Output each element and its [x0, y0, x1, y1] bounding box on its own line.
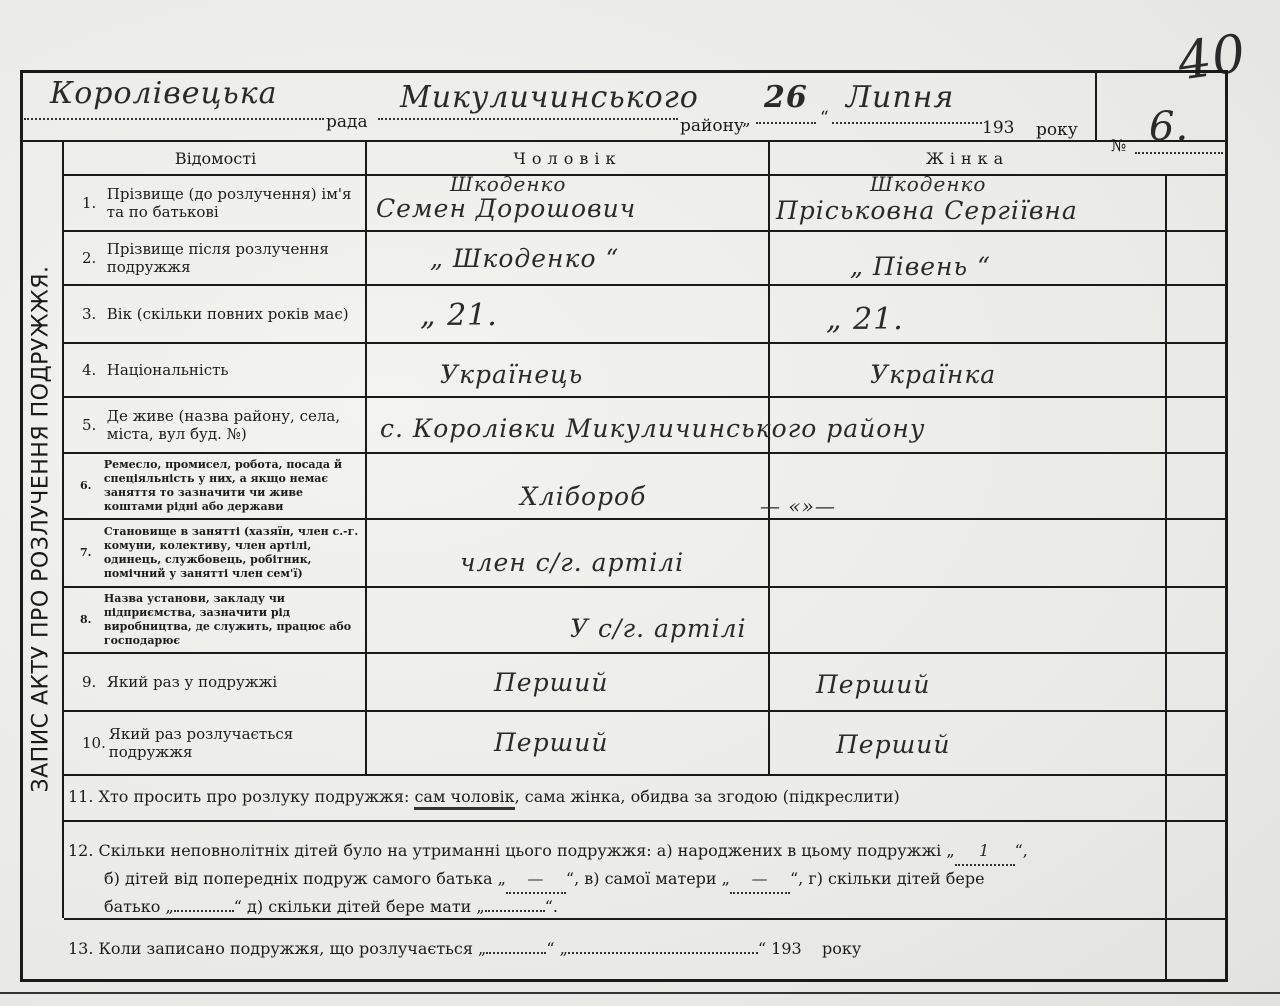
- row-6-label: 6. Ремесло, промисел, робота, посада й с…: [64, 454, 366, 518]
- page-edge-line: [0, 992, 1280, 994]
- husband-surname-after: „ Шкоденко “: [430, 244, 619, 273]
- row-7-label: 7. Становище в занятті (хазяїн, член с.-…: [64, 520, 366, 586]
- husband-divorce-count: Перший: [494, 728, 608, 757]
- selected-option: сам чоловік: [414, 787, 514, 810]
- form-header: Королівецька рада Микуличинського району…: [20, 70, 1095, 142]
- record-month-blank: [568, 952, 758, 954]
- row-3-label: 3. Вік (скільки повних років має): [64, 286, 366, 342]
- row-2-label: 2. Прізвище після розлучення подружжя: [64, 232, 366, 284]
- wife-age: „ 21.: [826, 302, 904, 337]
- document-page: 40 Королівецька рада Микуличинського рай…: [0, 0, 1280, 1006]
- wife-nationality: Українка: [870, 360, 996, 389]
- husband-occupation: Хлібороб: [520, 482, 646, 511]
- district-label: району: [680, 116, 744, 136]
- column-header-wife: Жінка: [770, 144, 1165, 174]
- children-father-previous: —: [506, 866, 566, 894]
- year-prefix: 193: [982, 118, 1014, 138]
- row-4-label: 4. Національність: [64, 344, 366, 396]
- row-1-label: 1. Прізвище (до розлучення) ім'я та по б…: [64, 176, 366, 230]
- row-11: 11. Хто просить про розлуку подружжя: са…: [64, 784, 1164, 810]
- day-blank: [756, 122, 816, 124]
- record-number-box: № 6.: [1095, 70, 1228, 142]
- column-header-husband: Чоловік: [367, 144, 768, 174]
- column-header-info: Відомості: [66, 144, 365, 174]
- husband-surname-before: Шкоденко: [450, 172, 566, 196]
- council-blank: [24, 118, 324, 120]
- council-name: Королівецька: [50, 76, 278, 111]
- wife-occupation: — «»—: [760, 494, 836, 518]
- wife-divorce-count: Перший: [836, 730, 950, 759]
- side-title: ЗАПИС АКТУ ПРО РОЗЛУЧЕННЯ ПОДРУЖЖЯ.: [20, 140, 64, 918]
- wife-marriage-count: Перший: [816, 670, 930, 699]
- row-10-label: 10. Який раз розлучається подружжя: [64, 712, 366, 774]
- row-12: 12. Скільки неповнолітніх дітей було на …: [64, 838, 1164, 920]
- children-mother-previous: —: [730, 866, 790, 894]
- husband-age: „ 21.: [420, 298, 498, 333]
- residence-address: с. Королівки Микуличинського району: [380, 414, 925, 443]
- children-father-takes: [174, 910, 234, 912]
- council-label: рада: [326, 112, 368, 132]
- husband-marriage-count: Перший: [494, 668, 608, 697]
- husband-name-patronymic: Семен Дорошович: [376, 194, 636, 223]
- row-13: 13. Коли записано подружжя, що розлучаєт…: [64, 936, 1164, 962]
- year-label: року: [1036, 120, 1078, 140]
- row-5-label: 5. Де живе (назва району, села, міста, в…: [64, 398, 366, 452]
- children-mother-takes: [485, 910, 545, 912]
- district-blank: [378, 118, 678, 120]
- husband-employment-status: член с/г. артілі: [460, 548, 684, 577]
- side-title-text: ЗАПИС АКТУ ПРО РОЗЛУЧЕННЯ ПОДРУЖЖЯ.: [29, 265, 54, 792]
- quote-close: “: [820, 108, 829, 128]
- wife-name-patronymic: Пріськовна Сергіївна: [776, 196, 1078, 225]
- husband-workplace: У с/г. артілі: [570, 614, 747, 643]
- quote-open: „: [742, 110, 751, 130]
- husband-nationality: Українець: [440, 360, 583, 389]
- children-this-marriage: 1: [955, 838, 1015, 866]
- district-name: Микуличинського: [400, 80, 699, 115]
- wife-surname-after: „ Півень “: [850, 252, 991, 281]
- row-8-label: 8. Назва установи, закладу чи підприємст…: [64, 588, 366, 652]
- record-day-blank: [486, 952, 546, 954]
- day-value: 26: [764, 80, 808, 115]
- month-blank: [832, 122, 982, 124]
- month-value: Липня: [846, 80, 954, 115]
- wife-surname-before: Шкоденко: [870, 172, 986, 196]
- row-9-label: 9. Який раз у подружжі: [64, 654, 366, 710]
